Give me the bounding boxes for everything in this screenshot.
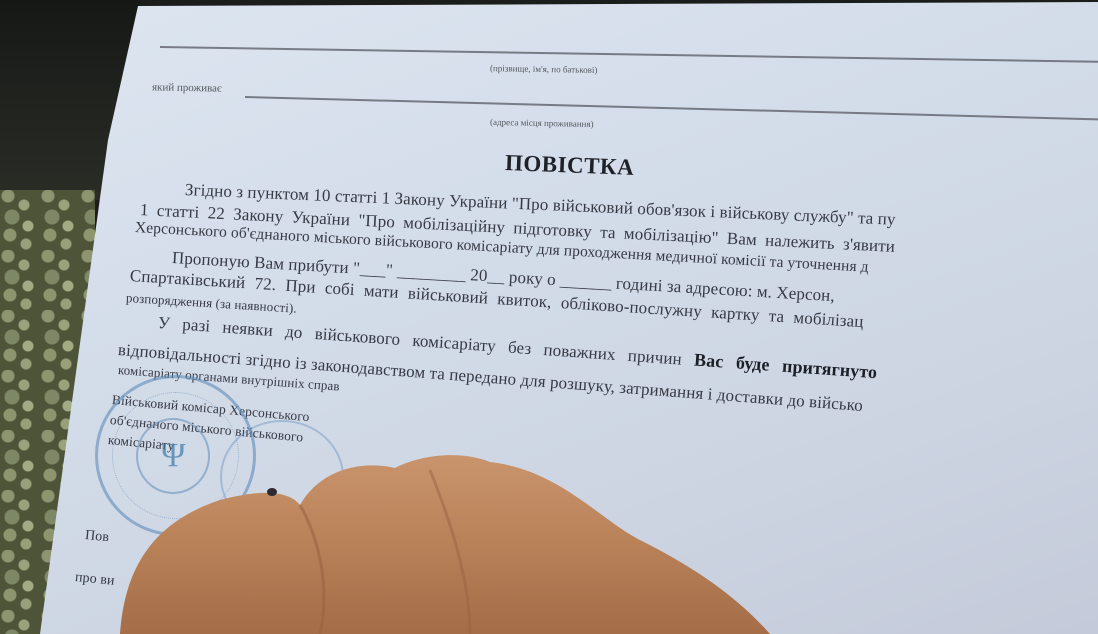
- warning-bold: Вас буде притягнуто: [694, 350, 878, 383]
- paper-sheet: (прізвище, ім'я, по батькові) який прожи…: [0, 0, 1098, 634]
- footer-partial-1: Пов: [84, 528, 109, 546]
- secondary-stamp: [220, 420, 344, 534]
- document-title: ПОВІСТКА: [505, 150, 635, 181]
- address-underline: [245, 96, 1098, 121]
- conscription-notice: (прізвище, ім'я, по батькові) який прожи…: [0, 0, 1098, 634]
- footer-partial-2: про ви: [74, 570, 115, 590]
- label-residence: який проживає: [152, 81, 222, 94]
- caption-name: (прізвище, ім'я, по батькові): [490, 63, 598, 75]
- name-underline: [160, 46, 1098, 63]
- trident-emblem-icon: Ψ: [136, 418, 210, 494]
- caption-address: (адреса місця проживання): [490, 117, 594, 129]
